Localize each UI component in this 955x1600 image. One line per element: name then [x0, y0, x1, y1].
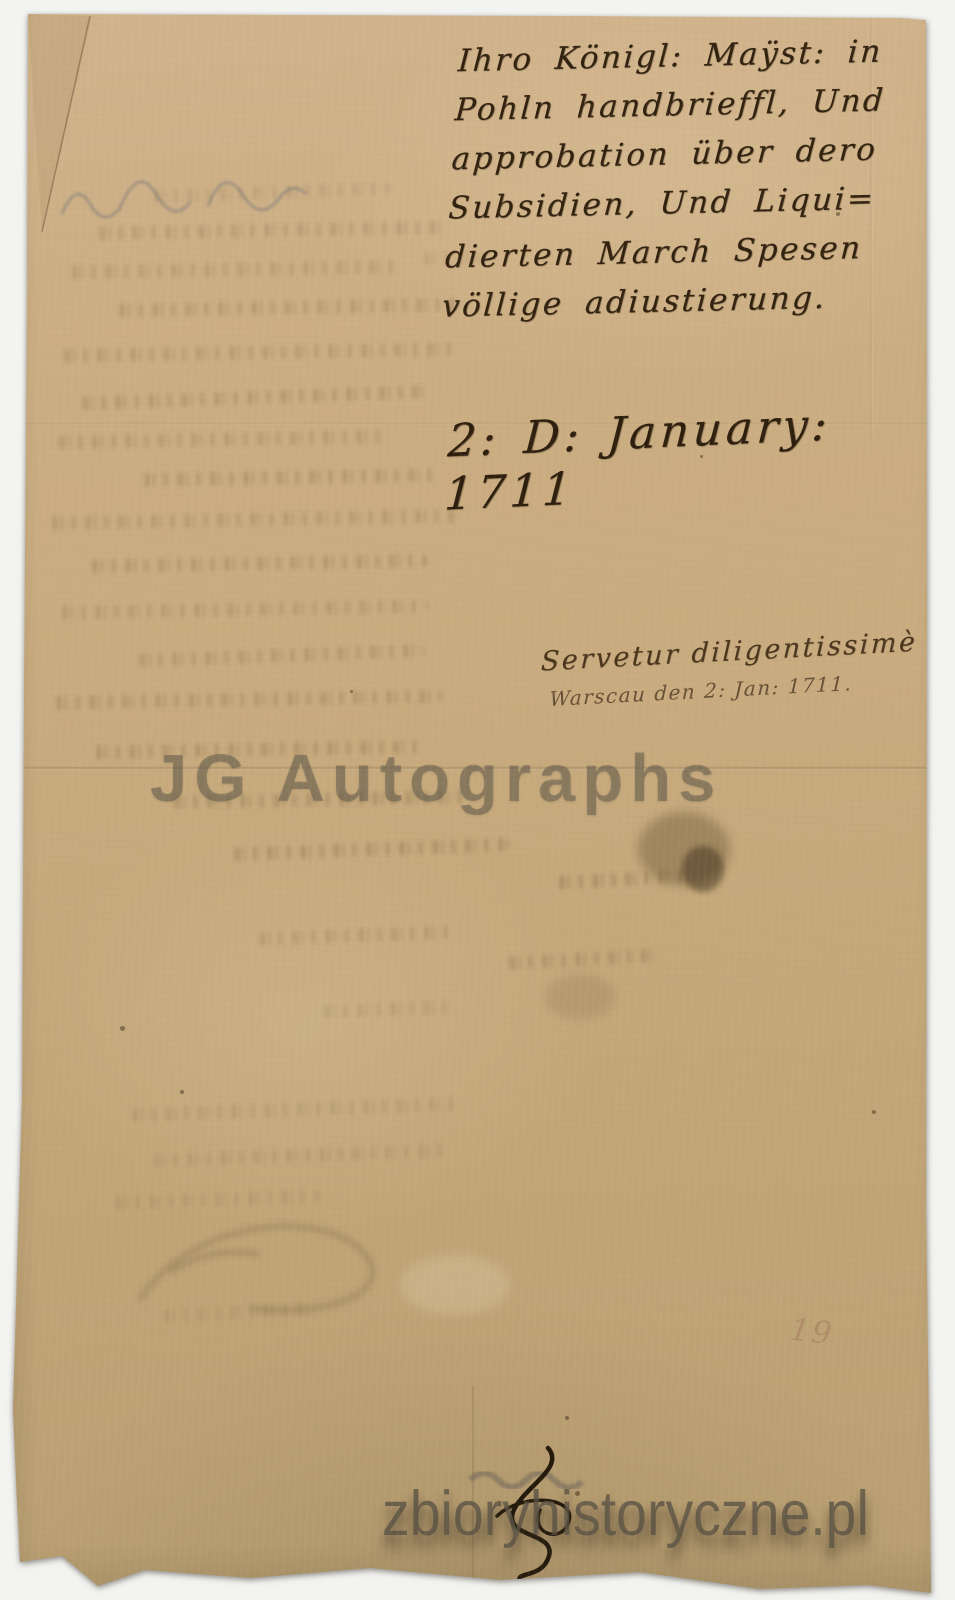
pencil-scribble	[62, 182, 306, 217]
paper-stain	[545, 975, 615, 1019]
ink-stain-dark	[682, 846, 724, 892]
bleedthrough-line	[505, 949, 655, 970]
bleedthrough-line	[230, 838, 510, 861]
docket-text-block: Ihro Königl: Maÿst: in Pohln handbrieffl…	[441, 26, 935, 331]
bleedthrough-line	[115, 298, 460, 317]
bleedthrough-line	[68, 260, 398, 279]
bleedthrough-line	[55, 430, 385, 449]
bleedthrough-line	[150, 182, 390, 203]
paper-stain-light	[400, 1255, 510, 1315]
bleedthrough-line	[78, 385, 428, 410]
bleedthrough-line	[255, 926, 455, 946]
bleedthrough-line	[135, 644, 425, 667]
bleedthrough-line	[150, 1144, 450, 1167]
pencil-number: 19	[788, 1311, 836, 1352]
bleedthrough-line	[58, 600, 428, 619]
paper-speck	[120, 1026, 125, 1031]
docket-line: völlige adiustierung.	[441, 272, 919, 332]
date-line: 2: D: January: 1711	[443, 393, 929, 520]
watermark-jg-autographs: JG Autographs	[150, 740, 850, 817]
bleedthrough-line	[52, 690, 442, 710]
paper-shadow: Ihro Königl: Maÿst: in Pohln handbrieffl…	[0, 0, 955, 1600]
ink-stain	[638, 812, 730, 886]
bleedthrough-line	[112, 1189, 322, 1209]
bleedthrough-flourish	[140, 1226, 373, 1310]
bleedthrough-line	[140, 468, 440, 486]
paper-speck	[565, 1416, 569, 1420]
archival-note: Servetur diligentissimè Warscau den 2: J…	[539, 625, 941, 711]
paper-speck	[872, 1110, 876, 1114]
scanned-document-photo: Ihro Königl: Maÿst: in Pohln handbrieffl…	[0, 0, 955, 1600]
bleedthrough-line	[95, 221, 445, 240]
bleedthrough-line	[160, 1302, 310, 1323]
bleedthrough-line	[320, 1001, 450, 1019]
paper-sheet: Ihro Königl: Maÿst: in Pohln handbrieffl…	[0, 0, 955, 1600]
watermark-zbioryhistoryczne: zbioryhistoryczne.pl	[382, 1478, 869, 1550]
bleedthrough-line	[128, 1097, 458, 1122]
paper-speck	[180, 1090, 184, 1094]
bleedthrough-line	[88, 554, 428, 573]
bleedthrough-line	[555, 870, 686, 890]
folded-corner	[0, 0, 120, 260]
bleedthrough-line	[48, 509, 458, 529]
bleedthrough-line	[60, 343, 460, 363]
paper-speck	[350, 690, 353, 693]
